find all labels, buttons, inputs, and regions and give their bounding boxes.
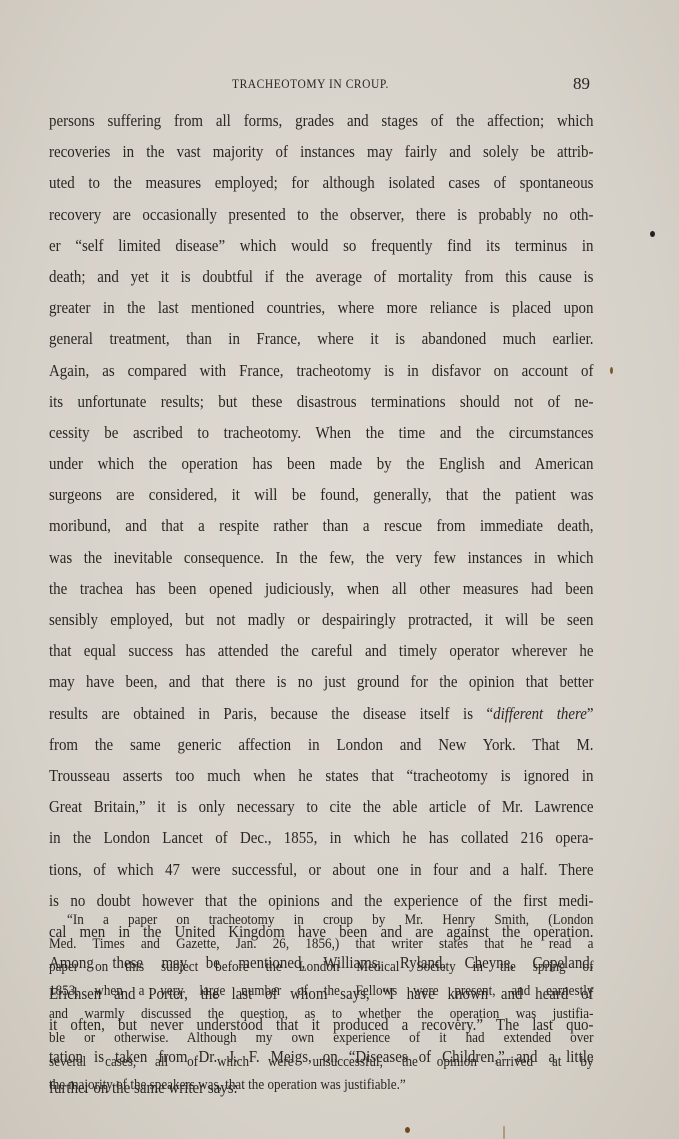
quote-line: “In a paper on tracheotomy in croup by M… bbox=[49, 909, 594, 933]
ink-spot bbox=[405, 1127, 410, 1133]
text-span: results are obtained in Paris, because t… bbox=[49, 704, 493, 723]
ink-spot bbox=[650, 231, 655, 237]
text-line: moribund, and that a respite rather than… bbox=[49, 510, 594, 541]
text-line-with-italic: results are obtained in Paris, because t… bbox=[49, 698, 594, 729]
text-line: in the London Lancet of Dec., 1855, in w… bbox=[49, 822, 594, 853]
text-line: sensibly employed, but not madly or desp… bbox=[49, 604, 594, 635]
quote-line: ble or otherwise. Although my own experi… bbox=[49, 1027, 594, 1051]
text-line: the trachea has been opened judiciously,… bbox=[49, 573, 594, 604]
book-page: TRACHEOTOMY IN CROUP. 89 persons sufferi… bbox=[0, 0, 679, 1139]
text-line: that equal success has attended the care… bbox=[49, 635, 594, 666]
text-line: Again, as compared with France, tracheot… bbox=[49, 355, 594, 386]
running-title: TRACHEOTOMY IN CROUP. bbox=[232, 77, 389, 92]
text-line: cessity be ascribed to tracheotomy. When… bbox=[49, 417, 594, 448]
text-line: was the inevitable consequence. In the f… bbox=[49, 542, 594, 573]
text-line: may have been, and that there is no just… bbox=[49, 666, 594, 697]
quote-line: and warmly discussed the question, as to… bbox=[49, 1003, 594, 1027]
quote-line: paper on this subject before the London … bbox=[49, 956, 594, 980]
running-head: TRACHEOTOMY IN CROUP. 89 bbox=[0, 77, 679, 97]
text-line: uted to the measures employed; for altho… bbox=[49, 167, 594, 198]
text-line: from the same generic affection in Londo… bbox=[49, 729, 594, 760]
text-line: recoveries in the vast majority of insta… bbox=[49, 136, 594, 167]
closing-quote: ” bbox=[587, 704, 594, 723]
quote-line: several cases, all of which were unsucce… bbox=[49, 1051, 594, 1075]
quote-line: Med. Times and Gazette, Jan. 26, 1856,) … bbox=[49, 933, 594, 957]
text-line: er “self limited disease” which would so… bbox=[49, 230, 594, 261]
block-quote: “In a paper on tracheotomy in croup by M… bbox=[49, 909, 594, 1098]
text-line: greater in the last mentioned countries,… bbox=[49, 292, 594, 323]
ink-spot bbox=[610, 367, 613, 374]
ink-spot bbox=[503, 1126, 505, 1139]
text-line: persons suffering from all forms, grades… bbox=[49, 105, 594, 136]
text-line: Great Britain,” it is only necessary to … bbox=[49, 791, 594, 822]
text-line: tions, of which 47 were successful, or a… bbox=[49, 854, 594, 885]
text-line: under which the operation has been made … bbox=[49, 448, 594, 479]
text-line: death; and yet it is doubtful if the ave… bbox=[49, 261, 594, 292]
page-number: 89 bbox=[573, 74, 590, 94]
text-line: its unfortunate results; but these disas… bbox=[49, 386, 594, 417]
quote-line: the majority of the speakers was, that t… bbox=[49, 1074, 594, 1098]
text-line: general treatment, than in France, where… bbox=[49, 323, 594, 354]
text-line: recovery are occasionally presented to t… bbox=[49, 199, 594, 230]
text-line: Trousseau asserts too much when he state… bbox=[49, 760, 594, 791]
italic-phrase: different there bbox=[493, 704, 587, 723]
quote-line: 1853, when a very large number of the Fe… bbox=[49, 980, 594, 1004]
text-line: surgeons are considered, it will be foun… bbox=[49, 479, 594, 510]
